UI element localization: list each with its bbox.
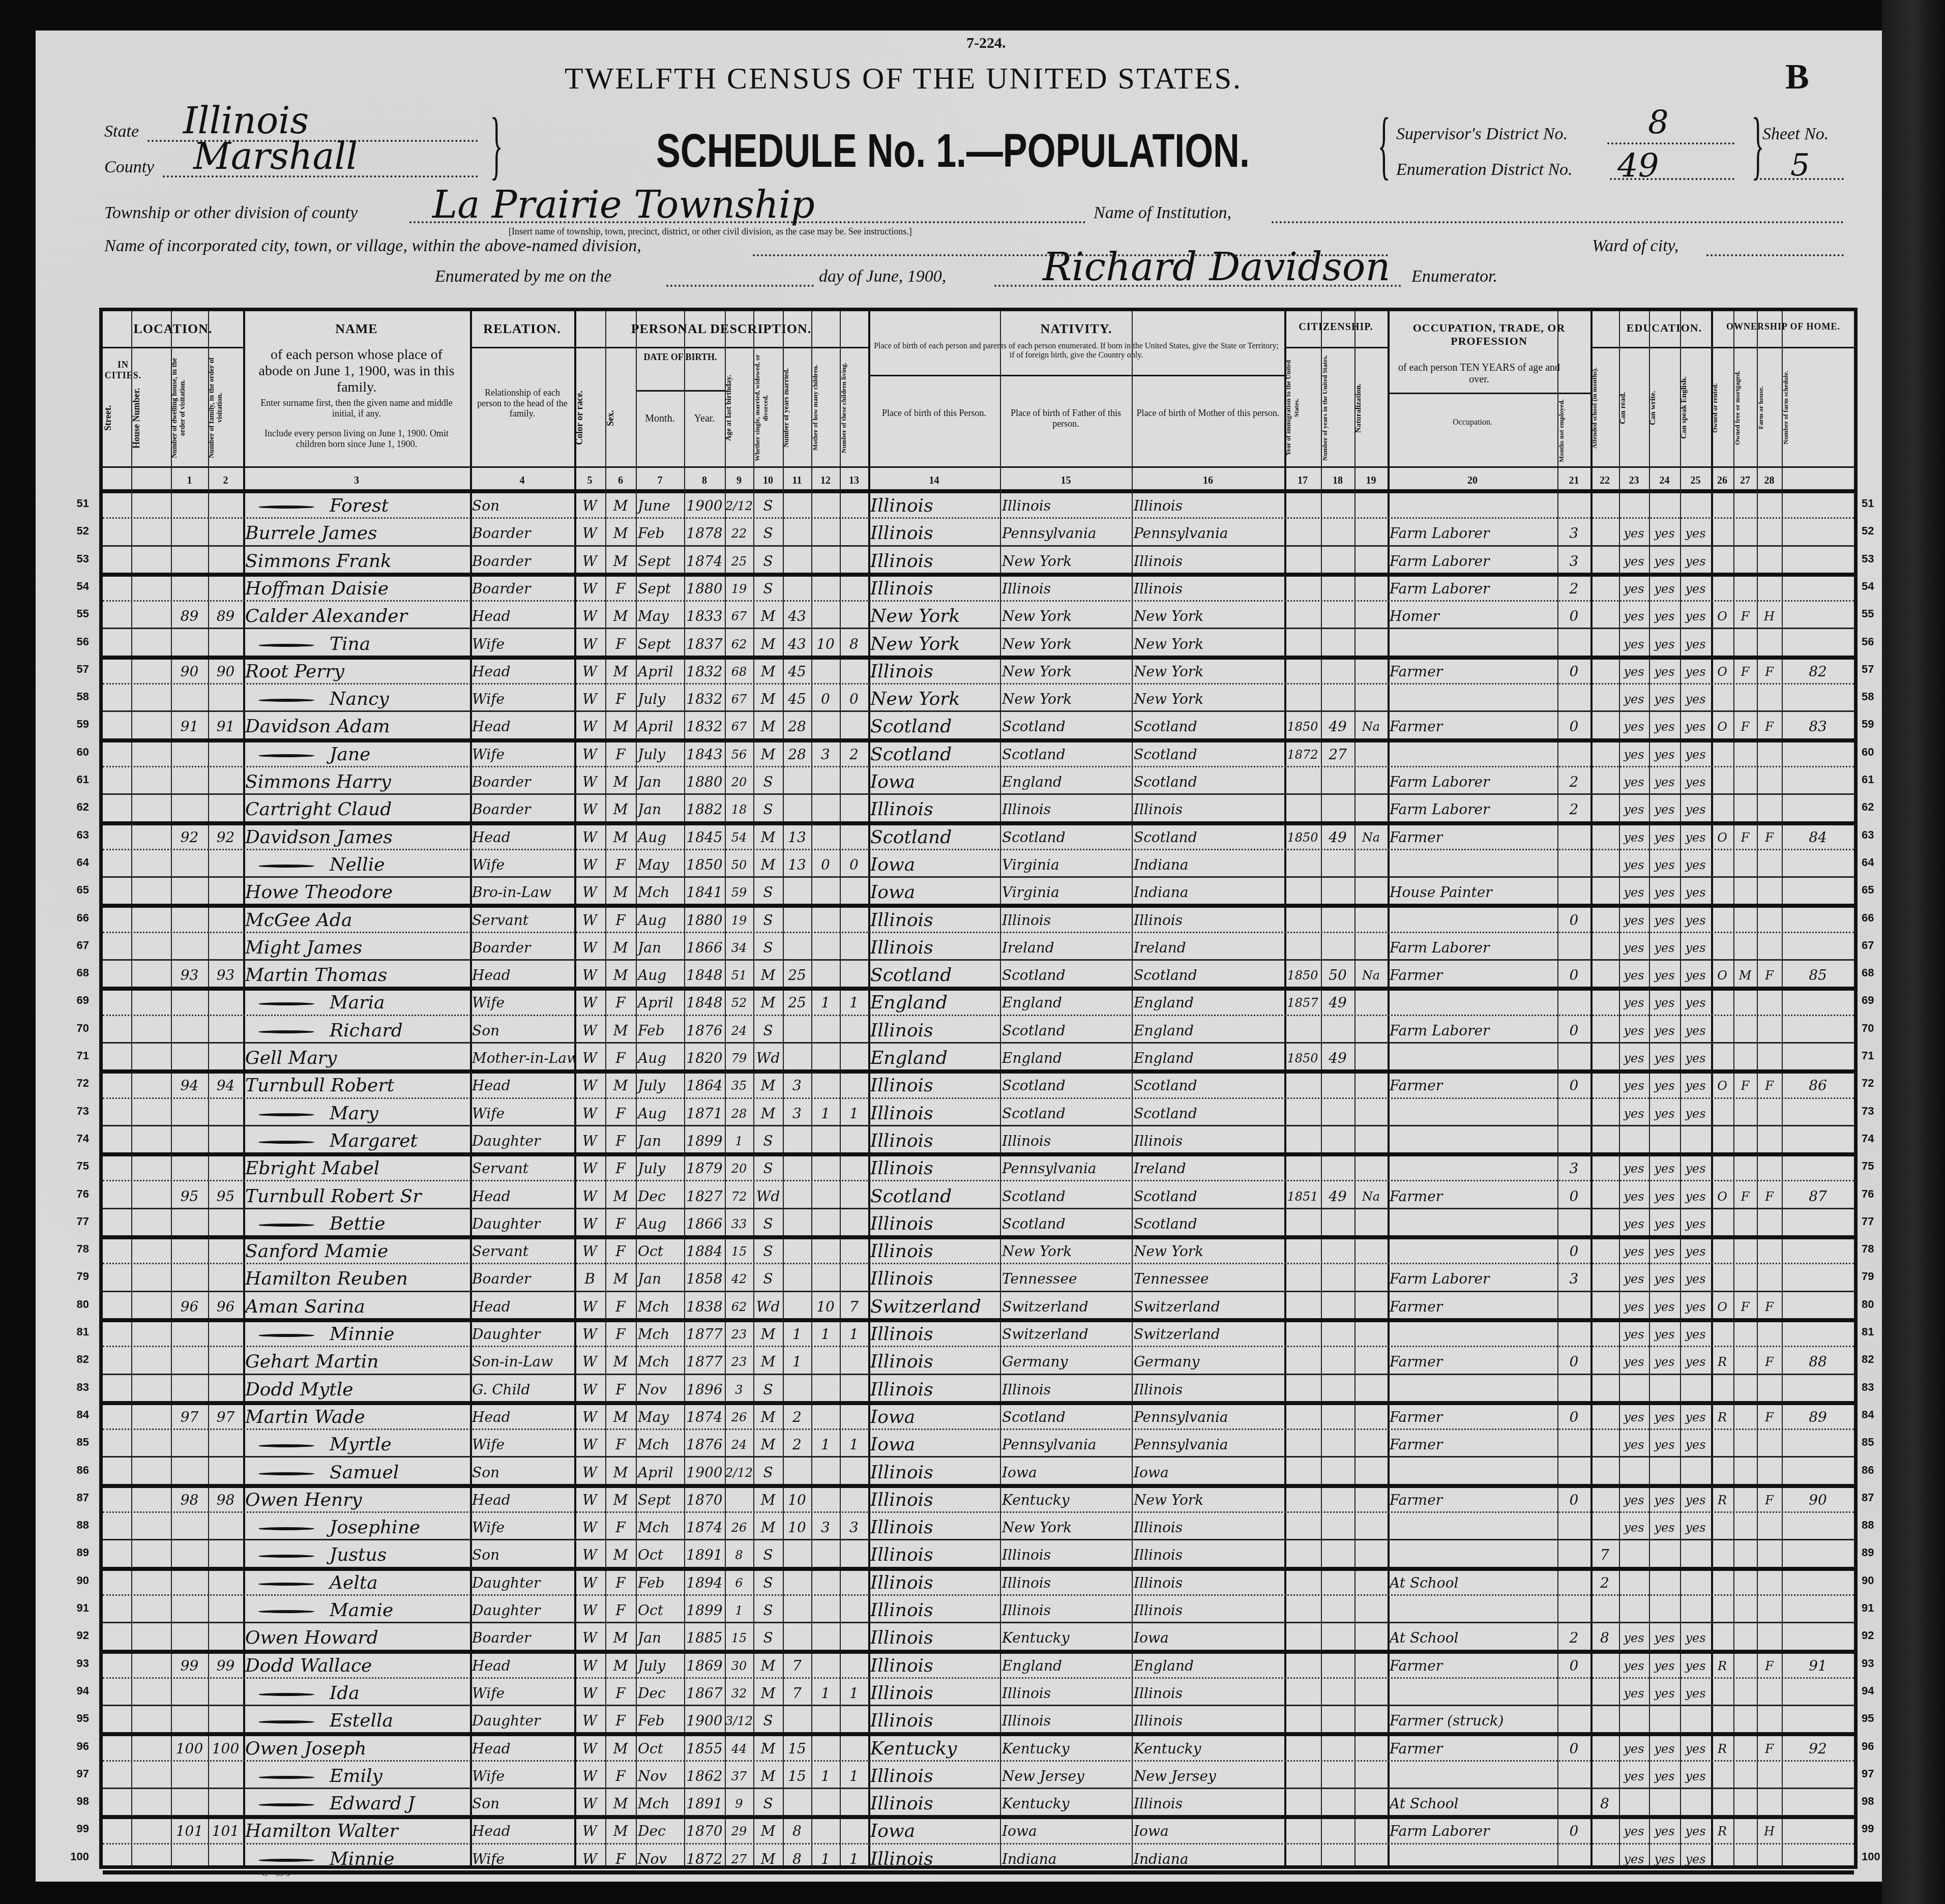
given-name: Emily bbox=[330, 1766, 382, 1787]
mother-birth-cell: Scotland bbox=[1132, 1180, 1284, 1208]
sched-cell bbox=[1782, 1152, 1854, 1180]
school-cell bbox=[1590, 1401, 1619, 1429]
surname: McGee bbox=[245, 910, 316, 931]
sched-cell bbox=[1782, 987, 1854, 1014]
living-cell: 3 bbox=[840, 1511, 868, 1539]
free-cell bbox=[1733, 1235, 1757, 1263]
school-cell: 2 bbox=[1590, 1567, 1619, 1594]
dwelling-cell: 91 bbox=[171, 710, 208, 738]
school-cell bbox=[1590, 1456, 1619, 1484]
nat-cell bbox=[1354, 1125, 1388, 1152]
living-cell bbox=[840, 821, 868, 849]
year-cell: 1832 bbox=[684, 683, 725, 710]
living-cell bbox=[840, 573, 868, 600]
age-cell: 54 bbox=[725, 821, 753, 849]
line-number: 86 bbox=[1862, 1464, 1887, 1477]
name-cell: Nancy bbox=[243, 683, 470, 710]
sched-cell: 85 bbox=[1782, 959, 1854, 987]
nat-cell bbox=[1354, 1401, 1388, 1429]
mother-birth-cell: Scotland bbox=[1132, 766, 1284, 793]
year-cell: 1862 bbox=[684, 1760, 725, 1788]
age-cell: 68 bbox=[725, 656, 753, 683]
marital-cell: Wd bbox=[753, 1180, 783, 1208]
line-number: 86 bbox=[64, 1464, 89, 1477]
yrs-cell bbox=[1321, 1235, 1354, 1263]
marital-cell: S bbox=[753, 1374, 783, 1401]
year-cell: 1872 bbox=[684, 1843, 725, 1870]
name-cell: Estella bbox=[243, 1705, 470, 1732]
birth-cell: Illinois bbox=[868, 545, 1000, 573]
year-cell: 1866 bbox=[684, 932, 725, 959]
ditto-mark bbox=[258, 1444, 314, 1447]
sex-cell: F bbox=[605, 1152, 636, 1180]
own-cell bbox=[1711, 1263, 1733, 1290]
read-cell: yes bbox=[1619, 1152, 1649, 1180]
header-years-married: Number of years married. bbox=[783, 352, 811, 464]
mother-cell bbox=[811, 766, 840, 793]
occ-cell bbox=[1388, 1235, 1557, 1263]
write-cell: yes bbox=[1649, 1401, 1680, 1429]
year-cell: 1832 bbox=[684, 710, 725, 738]
name-cell: McGee Ada bbox=[243, 904, 470, 932]
dwelling-cell bbox=[171, 932, 208, 959]
column-number: 3 bbox=[243, 475, 470, 487]
write-cell: yes bbox=[1649, 573, 1680, 600]
table-row: Simmons FrankBoarderWMSept187425SIllinoi… bbox=[103, 545, 1854, 577]
family-cell bbox=[208, 1456, 243, 1484]
own-cell bbox=[1711, 490, 1733, 517]
ym-cell: 28 bbox=[783, 710, 811, 738]
sched-cell bbox=[1782, 904, 1854, 932]
unemp-cell bbox=[1557, 490, 1590, 517]
nat-cell bbox=[1354, 1429, 1388, 1456]
mother-cell bbox=[811, 1180, 840, 1208]
father-birth-cell: Ireland bbox=[1000, 932, 1132, 959]
line-number: 81 bbox=[1862, 1325, 1887, 1338]
own-cell bbox=[1711, 1042, 1733, 1069]
school-cell: 7 bbox=[1590, 1539, 1619, 1566]
family-cell: 99 bbox=[208, 1650, 243, 1677]
sched-cell bbox=[1782, 1843, 1854, 1870]
month-cell: Aug bbox=[636, 959, 684, 987]
age-cell: 26 bbox=[725, 1401, 753, 1429]
speak-cell: yes bbox=[1680, 904, 1711, 932]
free-cell: F bbox=[1733, 656, 1757, 683]
speak-cell: yes bbox=[1680, 1677, 1711, 1705]
table-row: 9898Owen HenryHeadWMSept1870M10IllinoisK… bbox=[103, 1484, 1854, 1513]
nat-cell bbox=[1354, 1318, 1388, 1346]
year-cell: 1855 bbox=[684, 1733, 725, 1760]
column-number: 9 bbox=[725, 475, 753, 487]
line-number: 84 bbox=[64, 1408, 89, 1421]
surname: Burrele bbox=[245, 523, 321, 544]
table-row: Hamilton ReubenBoarderBMJan185842SIllino… bbox=[103, 1263, 1854, 1292]
read-cell: yes bbox=[1619, 683, 1649, 710]
year-cell: 1884 bbox=[684, 1235, 725, 1263]
color-cell: W bbox=[574, 932, 605, 959]
month-cell: Dec bbox=[636, 1677, 684, 1705]
sched-cell: 84 bbox=[1782, 821, 1854, 849]
sex-cell: M bbox=[605, 656, 636, 683]
month-cell: Jan bbox=[636, 1125, 684, 1152]
mother-birth-cell: Scotland bbox=[1132, 738, 1284, 766]
occ-cell bbox=[1388, 849, 1557, 876]
yrs-cell bbox=[1321, 600, 1354, 628]
free-cell bbox=[1733, 987, 1757, 1014]
read-cell bbox=[1619, 490, 1649, 517]
mother-cell bbox=[811, 1069, 840, 1097]
birth-cell: Scotland bbox=[868, 821, 1000, 849]
family-cell bbox=[208, 1622, 243, 1649]
table-row: Sanford MamieServantWFOct188415SIllinois… bbox=[103, 1235, 1854, 1264]
given-name: Forest bbox=[330, 495, 389, 516]
father-birth-cell: England bbox=[1000, 1650, 1132, 1677]
mother-birth-cell: England bbox=[1132, 1015, 1284, 1042]
father-birth-cell: Switzerland bbox=[1000, 1318, 1132, 1346]
given-name: Ada bbox=[316, 910, 352, 931]
immig-cell bbox=[1284, 904, 1321, 932]
father-birth-cell: Pennsylvania bbox=[1000, 1152, 1132, 1180]
line-number: 57 bbox=[1862, 663, 1887, 676]
school-cell bbox=[1590, 793, 1619, 821]
mother-cell: 1 bbox=[811, 1760, 840, 1788]
sheet-label: Sheet No. bbox=[1762, 125, 1829, 144]
nat-cell bbox=[1354, 1539, 1388, 1566]
read-cell bbox=[1619, 1539, 1649, 1566]
header-date-of-birth: DATE OF BIRTH. bbox=[636, 352, 725, 363]
ym-cell bbox=[783, 1180, 811, 1208]
relation-cell: Head bbox=[470, 821, 574, 849]
ym-cell bbox=[783, 545, 811, 573]
mother-birth-cell: Indiana bbox=[1132, 849, 1284, 876]
read-cell: yes bbox=[1619, 1291, 1649, 1318]
month-cell: Aug bbox=[636, 821, 684, 849]
speak-cell: yes bbox=[1680, 793, 1711, 821]
yrs-cell: 27 bbox=[1321, 738, 1354, 766]
father-birth-cell: Iowa bbox=[1000, 1456, 1132, 1484]
header-birth-person: Place of birth of this Person. bbox=[868, 408, 1000, 419]
month-cell: July bbox=[636, 738, 684, 766]
birth-cell: Illinois bbox=[868, 1650, 1000, 1677]
color-cell: W bbox=[574, 738, 605, 766]
age-cell: 20 bbox=[725, 1152, 753, 1180]
unemp-cell bbox=[1557, 683, 1590, 710]
name-cell: Howe Theodore bbox=[243, 876, 470, 904]
name-cell: Turnbull Robert bbox=[243, 1069, 470, 1097]
ditto-mark bbox=[258, 1693, 314, 1696]
occ-cell: Farm Laborer bbox=[1388, 1263, 1557, 1290]
write-cell: yes bbox=[1649, 1346, 1680, 1373]
relation-cell: Head bbox=[470, 1815, 574, 1842]
month-cell: Feb bbox=[636, 1705, 684, 1732]
sex-cell: F bbox=[605, 1760, 636, 1788]
sched-cell bbox=[1782, 1374, 1854, 1401]
table-row: Gehart MartinSon-in-LawWMMch187723M1Illi… bbox=[103, 1346, 1854, 1375]
column-number: 22 bbox=[1590, 475, 1619, 487]
column-number: 11 bbox=[783, 475, 811, 487]
read-cell: yes bbox=[1619, 1760, 1649, 1788]
occ-cell: Farmer bbox=[1388, 1069, 1557, 1097]
color-cell: W bbox=[574, 1677, 605, 1705]
birth-cell: England bbox=[868, 987, 1000, 1014]
unemp-cell: 2 bbox=[1557, 573, 1590, 600]
marital-cell: S bbox=[753, 1208, 783, 1235]
ditto-mark bbox=[258, 1141, 314, 1144]
living-cell bbox=[840, 1484, 868, 1511]
given-name: Minnie bbox=[330, 1849, 395, 1869]
immig-cell bbox=[1284, 1456, 1321, 1484]
dwelling-cell bbox=[171, 1760, 208, 1788]
header-farm-house: Farm or house. bbox=[1757, 352, 1782, 464]
marital-cell: S bbox=[753, 1015, 783, 1042]
nat-cell bbox=[1354, 1650, 1388, 1677]
rule bbox=[1284, 347, 1388, 348]
mother-birth-cell: England bbox=[1132, 1650, 1284, 1677]
nat-cell bbox=[1354, 1042, 1388, 1069]
mother-cell bbox=[811, 1594, 840, 1622]
schedule-title: SCHEDULE No. 1.—POPULATION. bbox=[656, 125, 1250, 178]
farm-cell bbox=[1757, 1208, 1782, 1235]
month-cell: Sept bbox=[636, 573, 684, 600]
father-birth-cell: Iowa bbox=[1000, 1815, 1132, 1842]
immig-cell bbox=[1284, 545, 1321, 573]
family-cell bbox=[208, 1318, 243, 1346]
immig-cell bbox=[1284, 656, 1321, 683]
marital-cell: S bbox=[753, 1567, 783, 1594]
yrs-cell: 49 bbox=[1321, 1180, 1354, 1208]
own-cell bbox=[1711, 573, 1733, 600]
ditto-mark bbox=[258, 1002, 314, 1005]
family-cell bbox=[208, 876, 243, 904]
speak-cell: yes bbox=[1680, 1291, 1711, 1318]
school-cell bbox=[1590, 766, 1619, 793]
birth-cell: Illinois bbox=[868, 1511, 1000, 1539]
name-cell: Margaret bbox=[243, 1125, 470, 1152]
line-number: 78 bbox=[1862, 1242, 1887, 1256]
unemp-cell bbox=[1557, 1760, 1590, 1788]
mother-birth-cell: New York bbox=[1132, 683, 1284, 710]
free-cell bbox=[1733, 1705, 1757, 1732]
immig-cell bbox=[1284, 1401, 1321, 1429]
mother-birth-cell: Ireland bbox=[1132, 1152, 1284, 1180]
yrs-cell bbox=[1321, 490, 1354, 517]
own-cell: R bbox=[1711, 1815, 1733, 1842]
age-cell: 62 bbox=[725, 628, 753, 656]
unemp-cell bbox=[1557, 1429, 1590, 1456]
sex-cell: F bbox=[605, 628, 636, 656]
marital-cell: S bbox=[753, 1235, 783, 1263]
month-cell: Feb bbox=[636, 517, 684, 545]
read-cell: yes bbox=[1619, 932, 1649, 959]
farm-cell: F bbox=[1757, 1733, 1782, 1760]
dwelling-cell bbox=[171, 849, 208, 876]
father-birth-cell: Scotland bbox=[1000, 1401, 1132, 1429]
relation-cell: Son-in-Law bbox=[470, 1346, 574, 1373]
sched-cell bbox=[1782, 1263, 1854, 1290]
sched-cell: 86 bbox=[1782, 1069, 1854, 1097]
table-row: 9494Turnbull RobertHeadWMJuly186435M3Ill… bbox=[103, 1069, 1854, 1098]
mother-birth-cell: Illinois bbox=[1132, 1539, 1284, 1566]
yrs-cell: 50 bbox=[1321, 959, 1354, 987]
marital-cell: S bbox=[753, 573, 783, 600]
birth-cell: Iowa bbox=[868, 1815, 1000, 1842]
unemp-cell: 0 bbox=[1557, 710, 1590, 738]
father-birth-cell: Kentucky bbox=[1000, 1484, 1132, 1511]
line-number: 88 bbox=[64, 1519, 89, 1532]
sex-cell: F bbox=[605, 1291, 636, 1318]
farm-cell bbox=[1757, 1511, 1782, 1539]
sex-cell: M bbox=[605, 766, 636, 793]
yrs-cell bbox=[1321, 1152, 1354, 1180]
unemp-cell: 0 bbox=[1557, 904, 1590, 932]
header-occupation-group: OCCUPATION, TRADE, OR PROFESSION bbox=[1388, 321, 1590, 348]
line-number: 97 bbox=[1862, 1767, 1887, 1780]
header-marital: Whether single, married, widowed, or div… bbox=[753, 352, 783, 464]
sex-cell: F bbox=[605, 904, 636, 932]
name-cell: Ida bbox=[243, 1677, 470, 1705]
occ-cell bbox=[1388, 1594, 1557, 1622]
mother-birth-cell: Scotland bbox=[1132, 1208, 1284, 1235]
column-number: 23 bbox=[1619, 475, 1649, 487]
ym-cell: 3 bbox=[783, 1069, 811, 1097]
mother-cell bbox=[811, 876, 840, 904]
father-birth-cell: Scotland bbox=[1000, 710, 1132, 738]
birth-cell: Illinois bbox=[868, 1069, 1000, 1097]
month-cell: May bbox=[636, 849, 684, 876]
marital-cell: S bbox=[753, 1705, 783, 1732]
dwelling-cell bbox=[171, 1097, 208, 1125]
relation-cell: Servant bbox=[470, 904, 574, 932]
month-cell: Jan bbox=[636, 1263, 684, 1290]
immig-cell bbox=[1284, 1815, 1321, 1842]
farm-cell: F bbox=[1757, 1346, 1782, 1373]
color-cell: W bbox=[574, 656, 605, 683]
unemp-cell: 0 bbox=[1557, 1069, 1590, 1097]
column-number: 18 bbox=[1321, 475, 1354, 487]
line-number: 68 bbox=[1862, 966, 1887, 979]
school-cell bbox=[1590, 656, 1619, 683]
name-cell: Sanford Mamie bbox=[243, 1235, 470, 1263]
sched-cell bbox=[1782, 517, 1854, 545]
header-month: Month. bbox=[636, 413, 684, 425]
nat-cell bbox=[1354, 849, 1388, 876]
sched-cell bbox=[1782, 1705, 1854, 1732]
year-cell: 1880 bbox=[684, 766, 725, 793]
table-row: Owen HowardBoarderWMJan188515SIllinoisKe… bbox=[103, 1622, 1854, 1653]
unemp-cell: 2 bbox=[1557, 766, 1590, 793]
name-cell: Emily bbox=[243, 1760, 470, 1788]
family-cell: 98 bbox=[208, 1484, 243, 1511]
write-cell: yes bbox=[1649, 1235, 1680, 1263]
relation-cell: Head bbox=[470, 656, 574, 683]
speak-cell bbox=[1680, 1594, 1711, 1622]
family-cell bbox=[208, 1125, 243, 1152]
farm-cell bbox=[1757, 738, 1782, 766]
age-cell: 26 bbox=[725, 1511, 753, 1539]
line-number: 57 bbox=[64, 663, 89, 676]
immig-cell bbox=[1284, 1484, 1321, 1511]
unemp-cell: 0 bbox=[1557, 600, 1590, 628]
month-cell: May bbox=[636, 1401, 684, 1429]
ditto-mark bbox=[258, 1803, 314, 1806]
ditto-mark bbox=[258, 1555, 314, 1558]
header-occupation: Occupation. bbox=[1388, 418, 1557, 427]
sched-cell bbox=[1782, 876, 1854, 904]
line-number: 66 bbox=[64, 911, 89, 925]
sched-cell: 90 bbox=[1782, 1484, 1854, 1511]
marital-cell: S bbox=[753, 932, 783, 959]
name-cell: Simmons Harry bbox=[243, 766, 470, 793]
color-cell: W bbox=[574, 1843, 605, 1870]
dwelling-cell: 93 bbox=[171, 959, 208, 987]
yrs-cell bbox=[1321, 932, 1354, 959]
occ-cell: Farm Laborer bbox=[1388, 573, 1557, 600]
own-cell bbox=[1711, 1788, 1733, 1815]
relation-cell: Wife bbox=[470, 1843, 574, 1870]
rule bbox=[470, 347, 574, 348]
family-cell bbox=[208, 1263, 243, 1290]
header-color: Color or race. bbox=[574, 372, 605, 464]
name-cell: Martin Wade bbox=[243, 1401, 470, 1429]
father-birth-cell: Scotland bbox=[1000, 959, 1132, 987]
surname: Hamilton bbox=[245, 1821, 337, 1841]
given-name: Henry bbox=[304, 1490, 362, 1510]
ym-cell: 10 bbox=[783, 1484, 811, 1511]
birth-cell: Illinois bbox=[868, 1760, 1000, 1788]
given-name: Robert Sr bbox=[331, 1186, 421, 1207]
month-cell: Sept bbox=[636, 1484, 684, 1511]
year-cell: 1876 bbox=[684, 1429, 725, 1456]
father-birth-cell: New Jersey bbox=[1000, 1760, 1132, 1788]
occ-cell: Homer bbox=[1388, 600, 1557, 628]
relation-cell: Head bbox=[470, 1291, 574, 1318]
family-cell bbox=[208, 987, 243, 1014]
birth-cell: Iowa bbox=[868, 1429, 1000, 1456]
given-name: Margaret bbox=[330, 1130, 418, 1151]
unemp-cell: 3 bbox=[1557, 1263, 1590, 1290]
farm-cell bbox=[1757, 683, 1782, 710]
line-number: 94 bbox=[1862, 1684, 1887, 1698]
speak-cell: yes bbox=[1680, 1015, 1711, 1042]
month-cell: Jan bbox=[636, 793, 684, 821]
occ-cell: Farm Laborer bbox=[1388, 1815, 1557, 1842]
color-cell: W bbox=[574, 1788, 605, 1815]
read-cell: yes bbox=[1619, 1484, 1649, 1511]
name-cell: Edward J bbox=[243, 1788, 470, 1815]
occ-cell bbox=[1388, 490, 1557, 517]
mother-cell bbox=[811, 959, 840, 987]
color-cell: W bbox=[574, 876, 605, 904]
line-number: 54 bbox=[1862, 580, 1887, 593]
sheet-value: 5 bbox=[1790, 147, 1810, 183]
free-cell bbox=[1733, 1152, 1757, 1180]
living-cell bbox=[840, 1733, 868, 1760]
name-cell: Samuel bbox=[243, 1456, 470, 1484]
dwelling-cell: 92 bbox=[171, 821, 208, 849]
mother-birth-cell: Iowa bbox=[1132, 1815, 1284, 1842]
color-cell: W bbox=[574, 1042, 605, 1069]
rule bbox=[574, 347, 868, 348]
column-number: 28 bbox=[1757, 475, 1782, 487]
nat-cell bbox=[1354, 766, 1388, 793]
occ-cell: Farmer bbox=[1388, 1346, 1557, 1373]
year-cell: 1876 bbox=[684, 1015, 725, 1042]
age-cell: 20 bbox=[725, 766, 753, 793]
header-owned-rented: Owned or rented. bbox=[1711, 352, 1733, 464]
sex-cell: M bbox=[605, 517, 636, 545]
marital-cell: S bbox=[753, 1263, 783, 1290]
school-cell bbox=[1590, 1594, 1619, 1622]
